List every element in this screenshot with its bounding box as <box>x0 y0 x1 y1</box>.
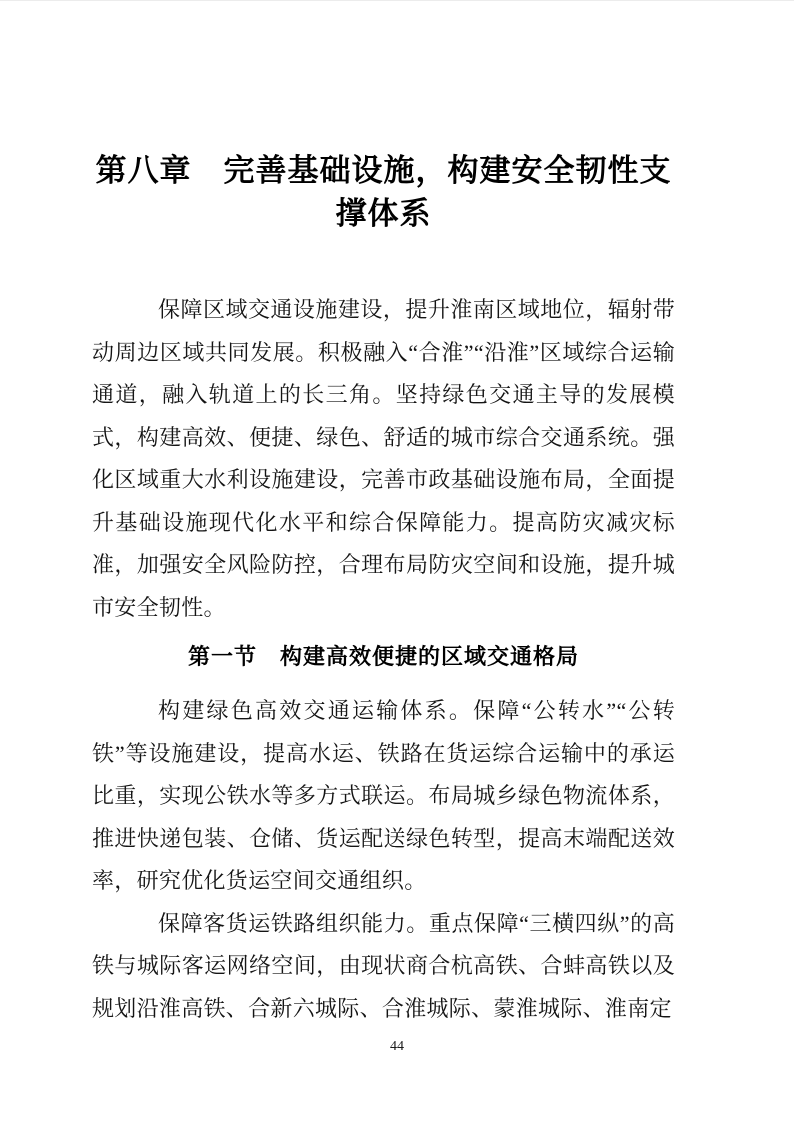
intro-paragraph: 保障区域交通设施建设，提升淮南区域地位，辐射带动周边区域共同发展。积极融入“合淮… <box>92 289 675 629</box>
page-content: 第八章 完善基础设施，构建安全韧性支 撑体系 保障区域交通设施建设，提升淮南区域… <box>92 1 675 1030</box>
document-page: 第八章 完善基础设施，构建安全韧性支 撑体系 保障区域交通设施建设，提升淮南区域… <box>0 0 794 1122</box>
chapter-title-line-2: 撑体系 <box>92 192 675 235</box>
section-heading: 第一节 构建高效便捷的区域交通格局 <box>92 645 675 669</box>
section-paragraph-2: 保障客货运铁路组织能力。重点保障“三横四纵”的高铁与城际客运网络空间，由现状商合… <box>92 903 675 1031</box>
section-paragraph-1: 构建绿色高效交通运输体系。保障“公转水”“公转铁”等设施建设，提高水运、铁路在货… <box>92 690 675 903</box>
page-number: 44 <box>0 1037 794 1057</box>
chapter-title-line-1: 第八章 完善基础设施，构建安全韧性支 <box>92 149 675 192</box>
chapter-title: 第八章 完善基础设施，构建安全韧性支 撑体系 <box>92 149 675 235</box>
